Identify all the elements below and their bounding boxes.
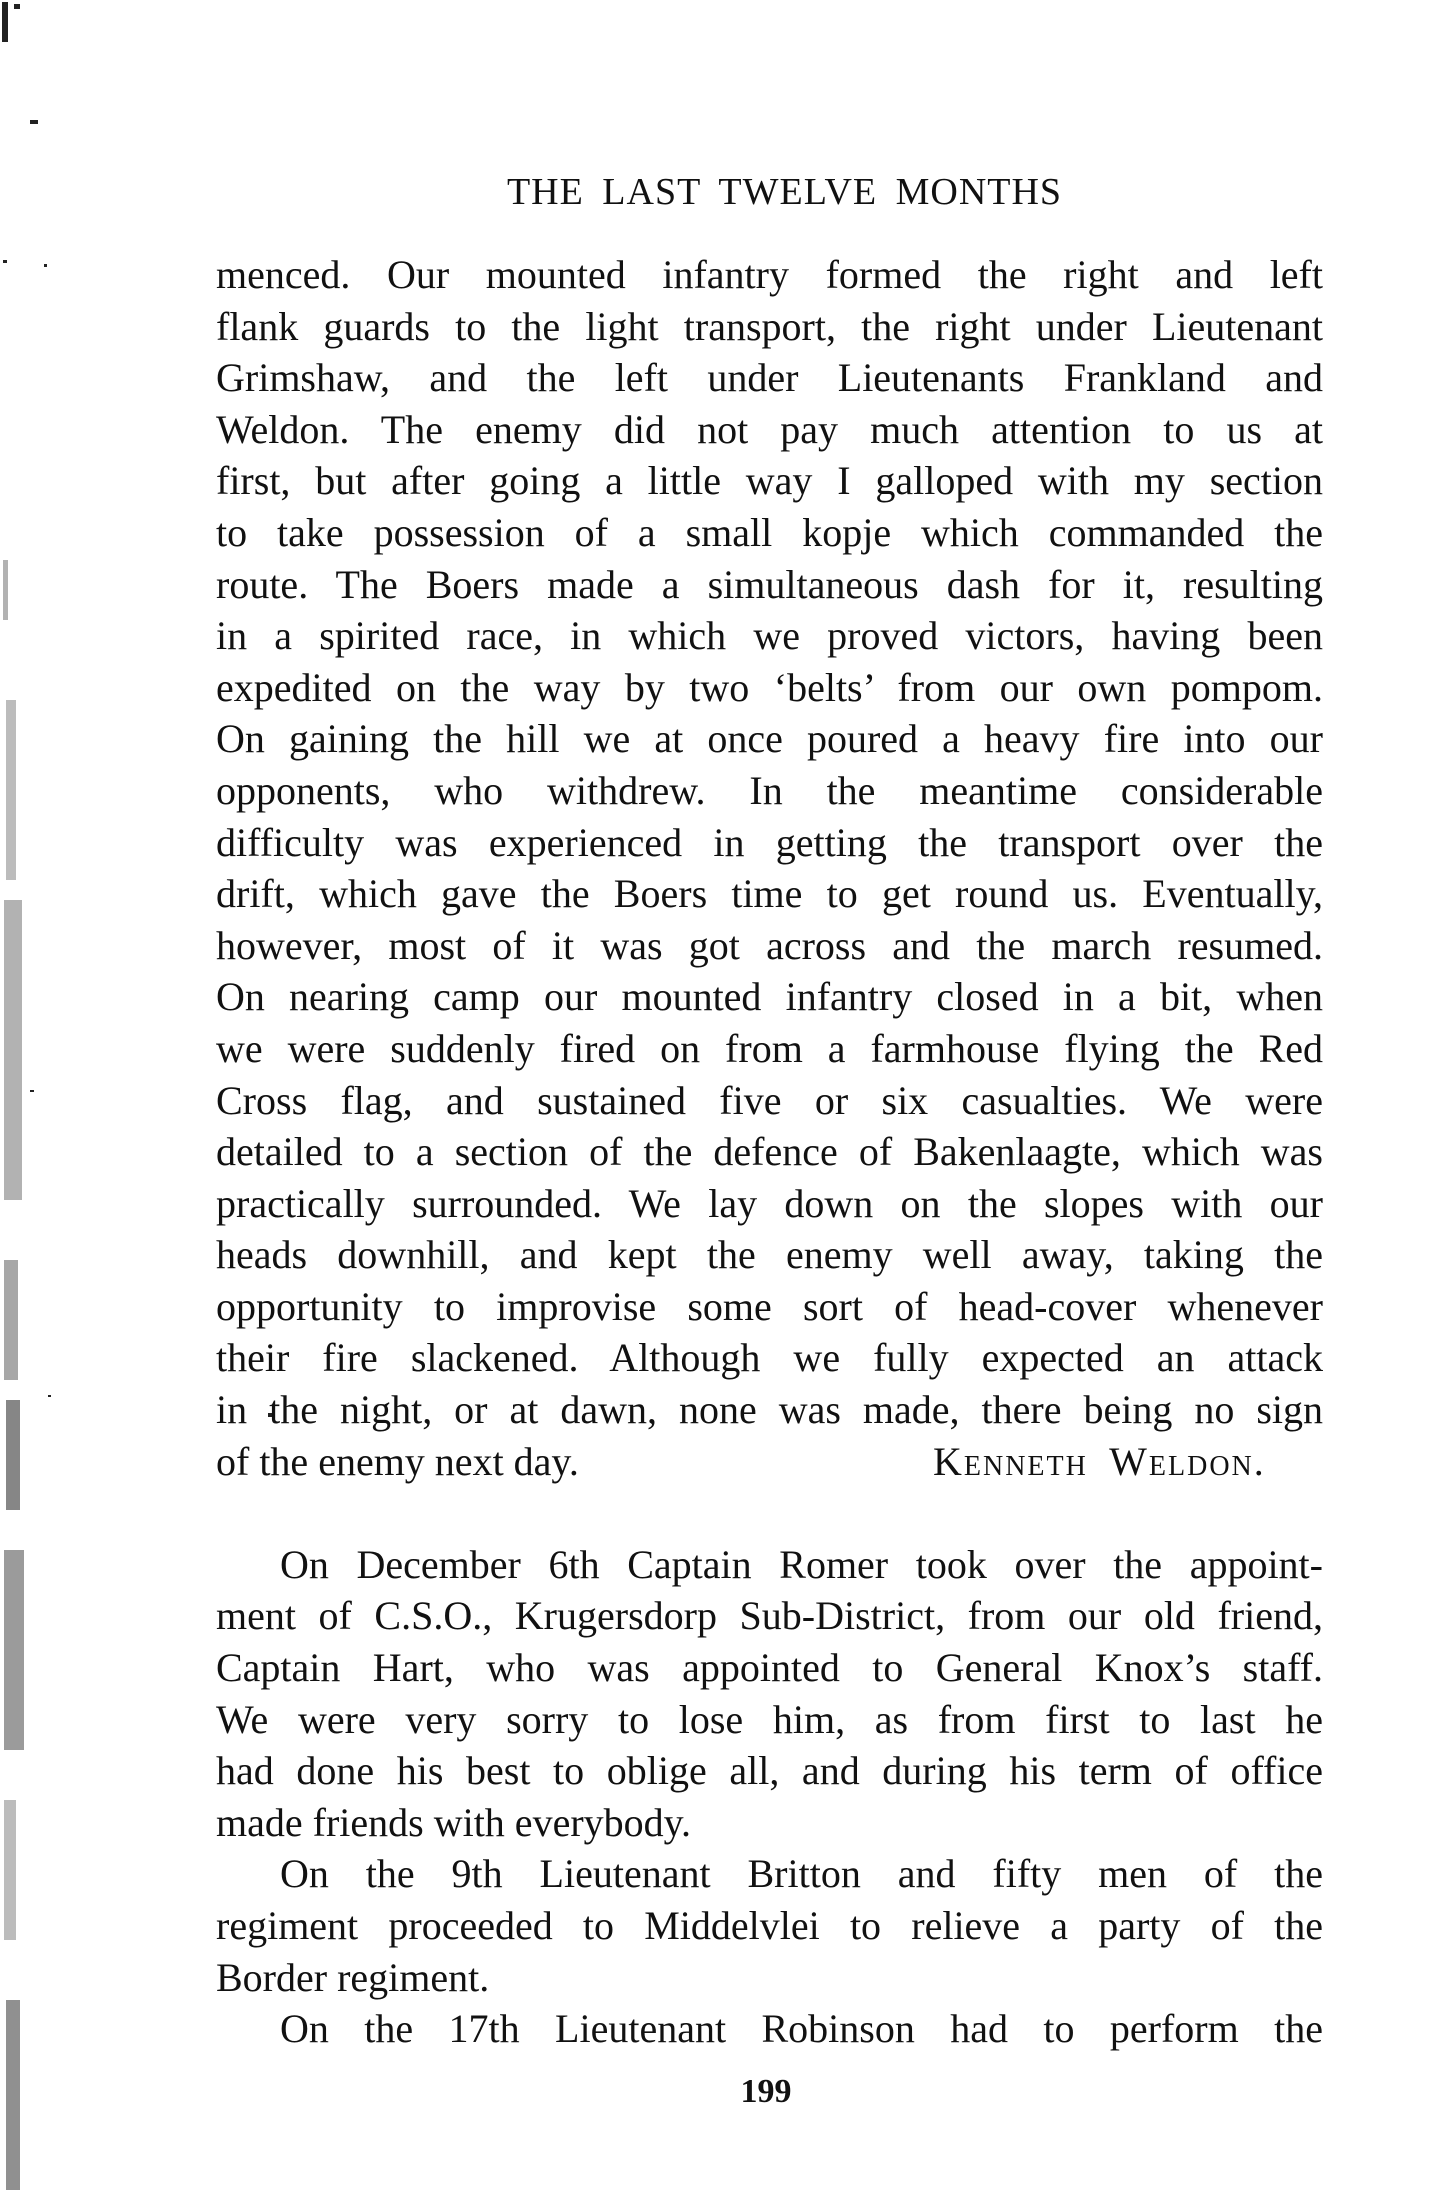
text-line: we were suddenly fired on from a farmhou… bbox=[216, 1023, 1323, 1075]
text-line: On the 9th Lieutenant Britton and fifty … bbox=[216, 1848, 1323, 1900]
page-number: 199 bbox=[716, 2068, 816, 2116]
text-line: detailed to a section of the defence of … bbox=[216, 1126, 1323, 1178]
text-line: difficulty was experienced in getting th… bbox=[216, 817, 1323, 869]
text-line: regiment proceeded to Middelvlei to reli… bbox=[216, 1900, 1323, 1952]
text-line-end: of the enemy next day. bbox=[216, 1439, 579, 1484]
text-line: route. The Boers made a simultaneous das… bbox=[216, 559, 1323, 611]
text-line: made friends with everybody. bbox=[216, 1797, 1323, 1849]
paragraph: On the 9th Lieutenant Britton and fifty … bbox=[216, 1848, 1323, 2003]
text-line: their fire slackened. Although we fully … bbox=[216, 1332, 1323, 1384]
text-line: Captain Hart, who was appointed to Gener… bbox=[216, 1642, 1323, 1694]
text-line: Cross flag, and sustained five or six ca… bbox=[216, 1075, 1323, 1127]
text-line: in a spirited race, in which we proved v… bbox=[216, 610, 1323, 662]
text-line: heads downhill, and kept the enemy well … bbox=[216, 1229, 1323, 1281]
text-line: Border regiment. bbox=[216, 1952, 1323, 2004]
text-line: On nearing camp our mounted infantry clo… bbox=[216, 971, 1323, 1023]
text-line: first, but after going a little way I ga… bbox=[216, 455, 1323, 507]
text-line: opponents, who withdrew. In the meantime… bbox=[216, 765, 1323, 817]
text-line: to take possession of a small kopje whic… bbox=[216, 507, 1323, 559]
page-body: menced. Our mounted infantry formed the … bbox=[216, 249, 1323, 2055]
text-line: On December 6th Captain Romer took over … bbox=[216, 1539, 1323, 1591]
text-line: in the night, or at dawn, none was made,… bbox=[216, 1384, 1323, 1436]
section-weldon-account: menced. Our mounted infantry formed the … bbox=[216, 249, 1323, 1487]
section-gap bbox=[216, 1487, 1323, 1539]
text-line: Weldon. The enemy did not pay much atten… bbox=[216, 404, 1323, 456]
text-line-with-signature: of the enemy next day. Kenneth Weldon. bbox=[216, 1436, 1323, 1488]
scan-edge-noise bbox=[0, 0, 60, 2198]
text-line: On gaining the hill we at once poured a … bbox=[216, 713, 1323, 765]
text-line: We were very sorry to lose him, as from … bbox=[216, 1694, 1323, 1746]
text-line: had done his best to oblige all, and dur… bbox=[216, 1745, 1323, 1797]
text-line: opportunity to improvise some sort of he… bbox=[216, 1281, 1323, 1333]
text-line: On the 17th Lieutenant Robinson had to p… bbox=[216, 2003, 1323, 2055]
text-line: ment of C.S.O., Krugersdorp Sub-District… bbox=[216, 1590, 1323, 1642]
paragraph: On the 17th Lieutenant Robinson had to p… bbox=[216, 2003, 1323, 2055]
author-signature: Kenneth Weldon. bbox=[933, 1436, 1266, 1488]
paragraph: On December 6th Captain Romer took over … bbox=[216, 1539, 1323, 1849]
text-line: menced. Our mounted infantry formed the … bbox=[216, 249, 1323, 301]
section-december-events: On December 6th Captain Romer took over … bbox=[216, 1539, 1323, 2055]
text-line: drift, which gave the Boers time to get … bbox=[216, 868, 1323, 920]
running-head: THE LAST TWELVE MONTHS bbox=[216, 168, 1323, 216]
text-line: expedited on the way by two ‘belts’ from… bbox=[216, 662, 1323, 714]
text-line: however, most of it was got across and t… bbox=[216, 920, 1323, 972]
text-line: flank guards to the light transport, the… bbox=[216, 301, 1323, 353]
text-line: practically surrounded. We lay down on t… bbox=[216, 1178, 1323, 1230]
text-line: Grimshaw, and the left under Lieutenants… bbox=[216, 352, 1323, 404]
